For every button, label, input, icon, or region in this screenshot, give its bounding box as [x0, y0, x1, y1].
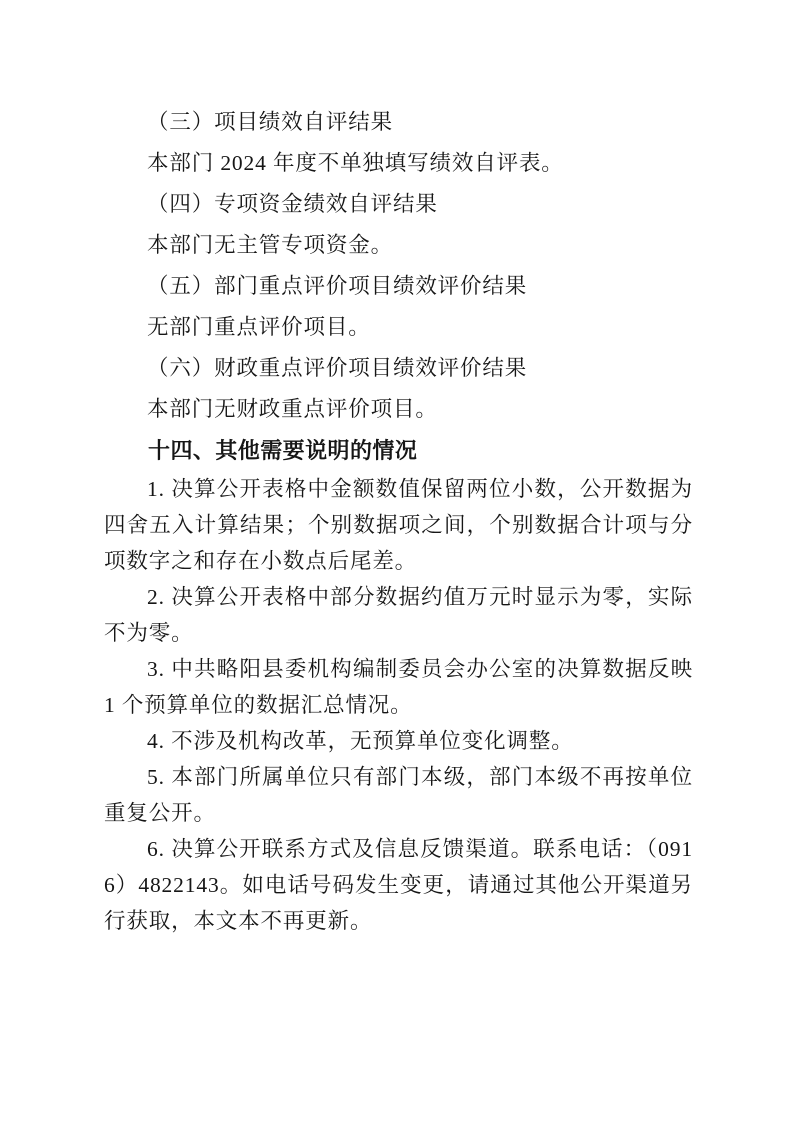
note-2-zero-display: 2. 决算公开表格中部分数据约值万元时显示为零，实际不为零。 [104, 579, 693, 651]
note-3-budget-unit-scope: 3. 中共略阳县委机构编制委员会办公室的决算数据反映 1 个预算单位的数据汇总情… [104, 651, 693, 723]
note-1-rounding: 1. 决算公开表格中金额数值保留两位小数，公开数据为四舍五入计算结果；个别数据项… [104, 471, 693, 579]
subheading-fiscal-key-eval-results: （六）财政重点评价项目绩效评价结果 [104, 348, 693, 389]
document-page: （三）项目绩效自评结果 本部门 2024 年度不单独填写绩效自评表。 （四）专项… [0, 0, 793, 1122]
document-content: （三）项目绩效自评结果 本部门 2024 年度不单独填写绩效自评表。 （四）专项… [0, 0, 793, 939]
subheading-project-performance-self-eval: （三）项目绩效自评结果 [104, 102, 693, 143]
para-no-fiscal-key-projects: 本部门无财政重点评价项目。 [104, 389, 693, 430]
note-4-no-restructuring: 4. 不涉及机构改革，无预算单位变化调整。 [104, 723, 693, 759]
section-heading-other-matters: 十四、其他需要说明的情况 [104, 430, 693, 471]
para-no-special-funds: 本部门无主管专项资金。 [104, 225, 693, 266]
note-6-contact-info: 6. 决算公开联系方式及信息反馈渠道。联系电话：（0916）4822143。如电… [104, 831, 693, 939]
para-no-self-eval-table: 本部门 2024 年度不单独填写绩效自评表。 [104, 143, 693, 184]
subheading-dept-key-eval-results: （五）部门重点评价项目绩效评价结果 [104, 266, 693, 307]
subheading-special-funds-self-eval: （四）专项资金绩效自评结果 [104, 184, 693, 225]
para-no-dept-key-projects: 无部门重点评价项目。 [104, 307, 693, 348]
note-5-no-duplicate-disclosure: 5. 本部门所属单位只有部门本级，部门本级不再按单位重复公开。 [104, 759, 693, 831]
